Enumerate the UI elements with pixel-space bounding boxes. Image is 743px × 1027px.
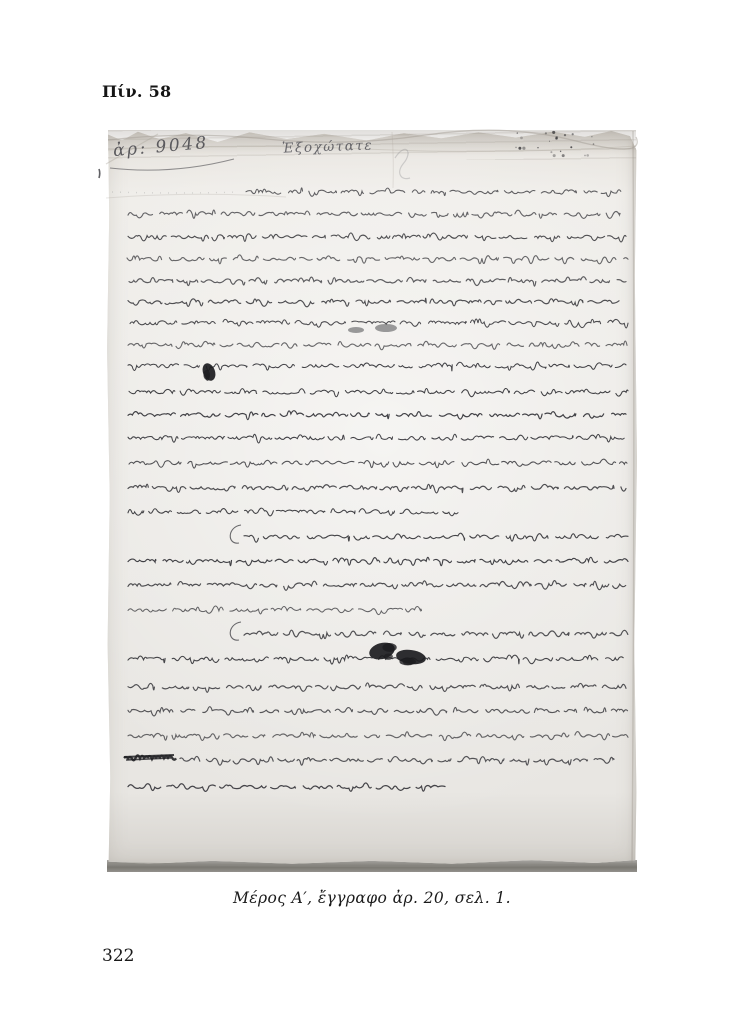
manuscript-scan: ἀρ: 9048 Ἐξοχώτατε	[106, 128, 638, 872]
plate-label: Πίν. 58	[102, 82, 171, 101]
manuscript-salutation: Ἐξοχώτατε	[282, 137, 374, 156]
book-page: Πίν. 58 ἀρ: 9048 Ἐξοχώτατε Μέρος Α′, ἔγγ…	[0, 0, 743, 1027]
figure-caption: Μέρος Α′, ἔγγραφο ἀρ. 20, σελ. 1.	[106, 889, 638, 907]
handwriting-rendering	[106, 128, 638, 872]
page-number: 322	[102, 946, 134, 966]
